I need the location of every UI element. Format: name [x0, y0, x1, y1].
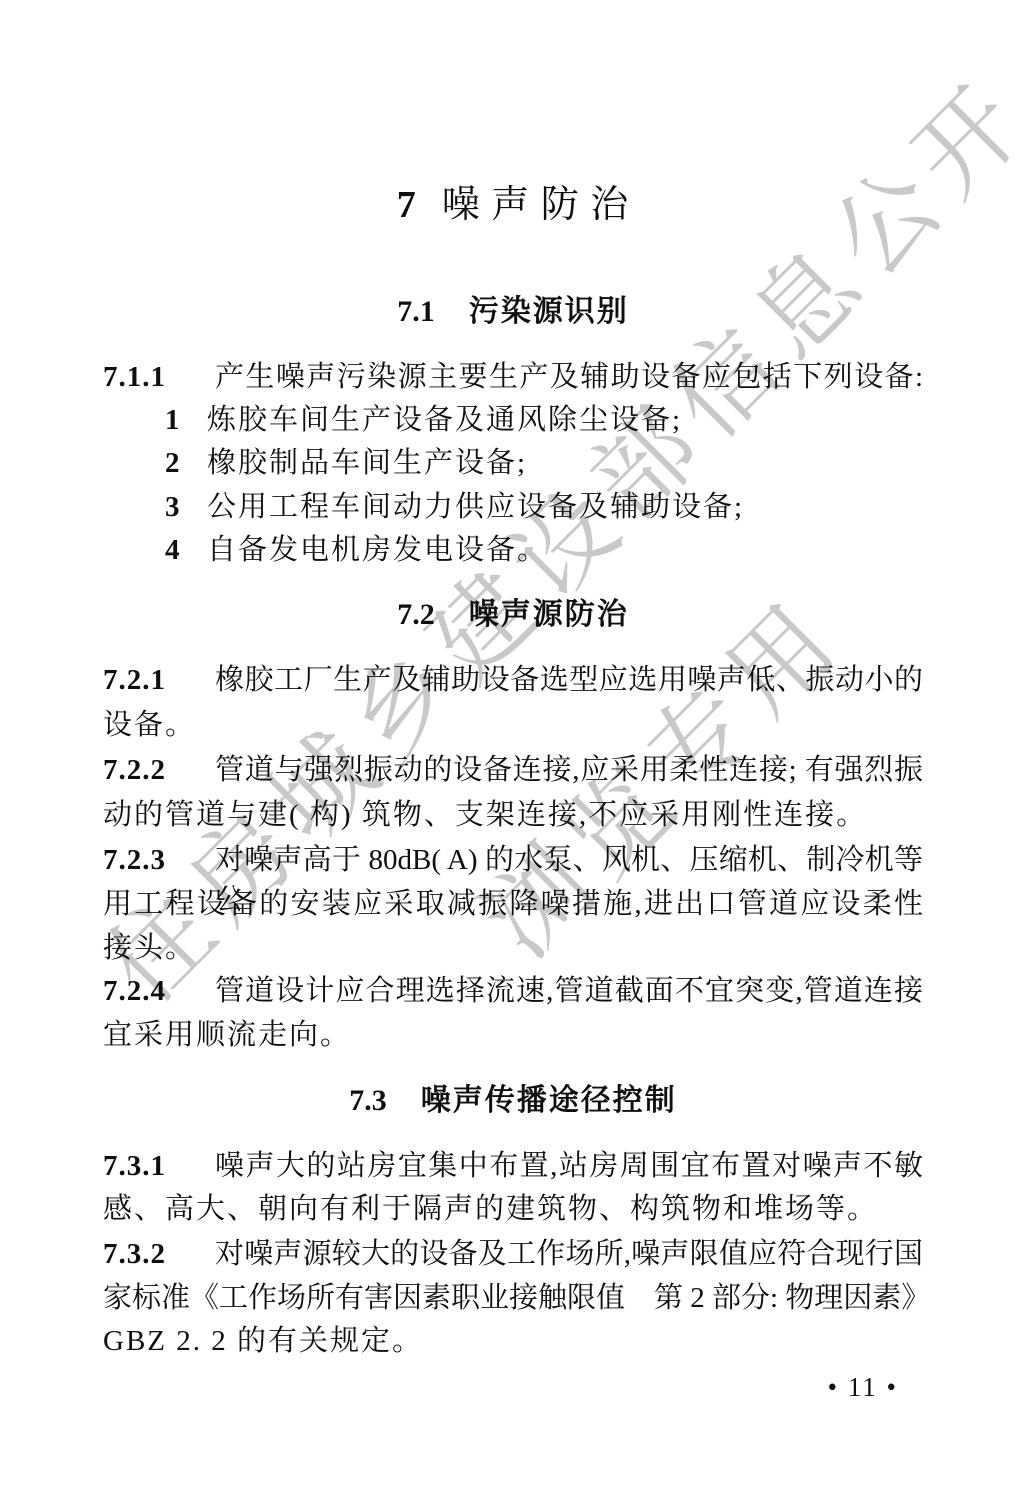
section-title: 噪声源防治: [469, 598, 629, 631]
clause-7-3-2-line-1: 7.3.2对噪声源较大的设备及工作场所,噪声限值应符合现行国: [103, 1234, 923, 1274]
clause-7-2-4-line-2: 宜采用顺流走向。: [103, 1015, 923, 1055]
clause-7-1-1-line-1: 7.1.1产生噪声污染源主要生产及辅助设备应包括下列设备:: [103, 357, 923, 397]
item-text: 自备发电机房发电设备。: [207, 534, 548, 566]
clause-7-2-3-line-2: 用工程设备的安装应采取减振降噪措施,进出口管道应设柔性: [103, 884, 923, 924]
chapter-title: 7噪 声 防 治: [103, 180, 923, 230]
clause-number: 7.2.2: [103, 750, 215, 790]
section-number: 7.3: [349, 1084, 387, 1117]
clause-text: 管道与强烈振动的设备连接,应采用柔性连接; 有强烈振: [215, 750, 923, 790]
clause-text: 管道设计应合理选择流速,管道截面不宜突变,管道连接: [215, 971, 923, 1011]
section-heading-7-1: 7.1污染源识别: [103, 292, 923, 332]
item-text: 公用工程车间动力供应设备及辅助设备;: [207, 491, 744, 523]
clause-number: 7.2.3: [103, 840, 215, 880]
item-text: 炼胶车间生产设备及通风除尘设备;: [207, 404, 682, 436]
clause-7-2-2-line-2: 动的管道与建( 构) 筑物、支架连接,不应采用刚性连接。: [103, 795, 923, 835]
clause-text: 噪声大的站房宜集中布置,站房周围宜布置对噪声不敏: [215, 1146, 923, 1186]
clause-7-3-1-line-2: 感、高大、朝向有利于隔声的建筑物、构筑物和堆场等。: [103, 1189, 923, 1229]
clause-7-3-1-line-1: 7.3.1噪声大的站房宜集中布置,站房周围宜布置对噪声不敏: [103, 1146, 923, 1186]
list-item-1: 1炼胶车间生产设备及通风除尘设备;: [103, 400, 923, 440]
clause-number: 7.3.2: [103, 1234, 215, 1274]
clause-7-3-2-line-3: GBZ 2. 2 的有关规定。: [103, 1321, 923, 1361]
clause-number: 7.2.1: [103, 660, 215, 700]
clause-7-2-1-line-1: 7.2.1橡胶工厂生产及辅助设备选型应选用噪声低、振动小的: [103, 660, 923, 700]
clause-7-3-2-line-2: 家标准《工作场所有害因素职业接触限值 第 2 部分: 物理因素》: [103, 1278, 923, 1318]
section-number: 7.2: [397, 598, 435, 631]
list-item-4: 4自备发电机房发电设备。: [103, 530, 923, 570]
clause-number: 7.1.1: [103, 357, 215, 397]
item-number: 2: [165, 443, 207, 483]
chapter-title-text: 噪 声 防 治: [442, 184, 630, 226]
list-item-2: 2橡胶制品车间生产设备;: [103, 443, 923, 483]
document-page: { "colors": { "background": "#ffffff", "…: [0, 0, 1025, 1497]
chapter-number: 7: [397, 184, 416, 226]
page-number: • 11 •: [103, 1369, 898, 1405]
section-heading-7-2: 7.2噪声源防治: [103, 595, 923, 635]
clause-text: 对噪声源较大的设备及工作场所,噪声限值应符合现行国: [215, 1234, 923, 1274]
clause-7-2-1-line-2: 设备。: [103, 705, 923, 745]
clause-7-2-3-line-1: 7.2.3对噪声高于 80dB( A) 的水泵、风机、压缩机、制冷机等公: [103, 840, 923, 880]
section-title: 污染源识别: [469, 295, 629, 328]
item-text: 橡胶制品车间生产设备;: [207, 447, 527, 479]
clause-text: 对噪声高于 80dB( A) 的水泵、风机、压缩机、制冷机等公: [215, 840, 923, 880]
item-number: 3: [165, 487, 207, 527]
list-item-3: 3公用工程车间动力供应设备及辅助设备;: [103, 487, 923, 527]
item-number: 4: [165, 530, 207, 570]
clause-number: 7.2.4: [103, 971, 215, 1011]
section-heading-7-3: 7.3噪声传播途径控制: [103, 1081, 923, 1121]
clause-text: 橡胶工厂生产及辅助设备选型应选用噪声低、振动小的: [215, 660, 923, 700]
clause-number: 7.3.1: [103, 1146, 215, 1186]
item-number: 1: [165, 400, 207, 440]
clause-7-2-4-line-1: 7.2.4管道设计应合理选择流速,管道截面不宜突变,管道连接: [103, 971, 923, 1011]
clause-7-2-3-line-3: 接头。: [103, 928, 923, 968]
clause-text: 产生噪声污染源主要生产及辅助设备应包括下列设备:: [215, 357, 923, 397]
section-number: 7.1: [397, 295, 435, 328]
section-title: 噪声传播途径控制: [421, 1084, 677, 1117]
clause-7-2-2-line-1: 7.2.2管道与强烈振动的设备连接,应采用柔性连接; 有强烈振: [103, 750, 923, 790]
